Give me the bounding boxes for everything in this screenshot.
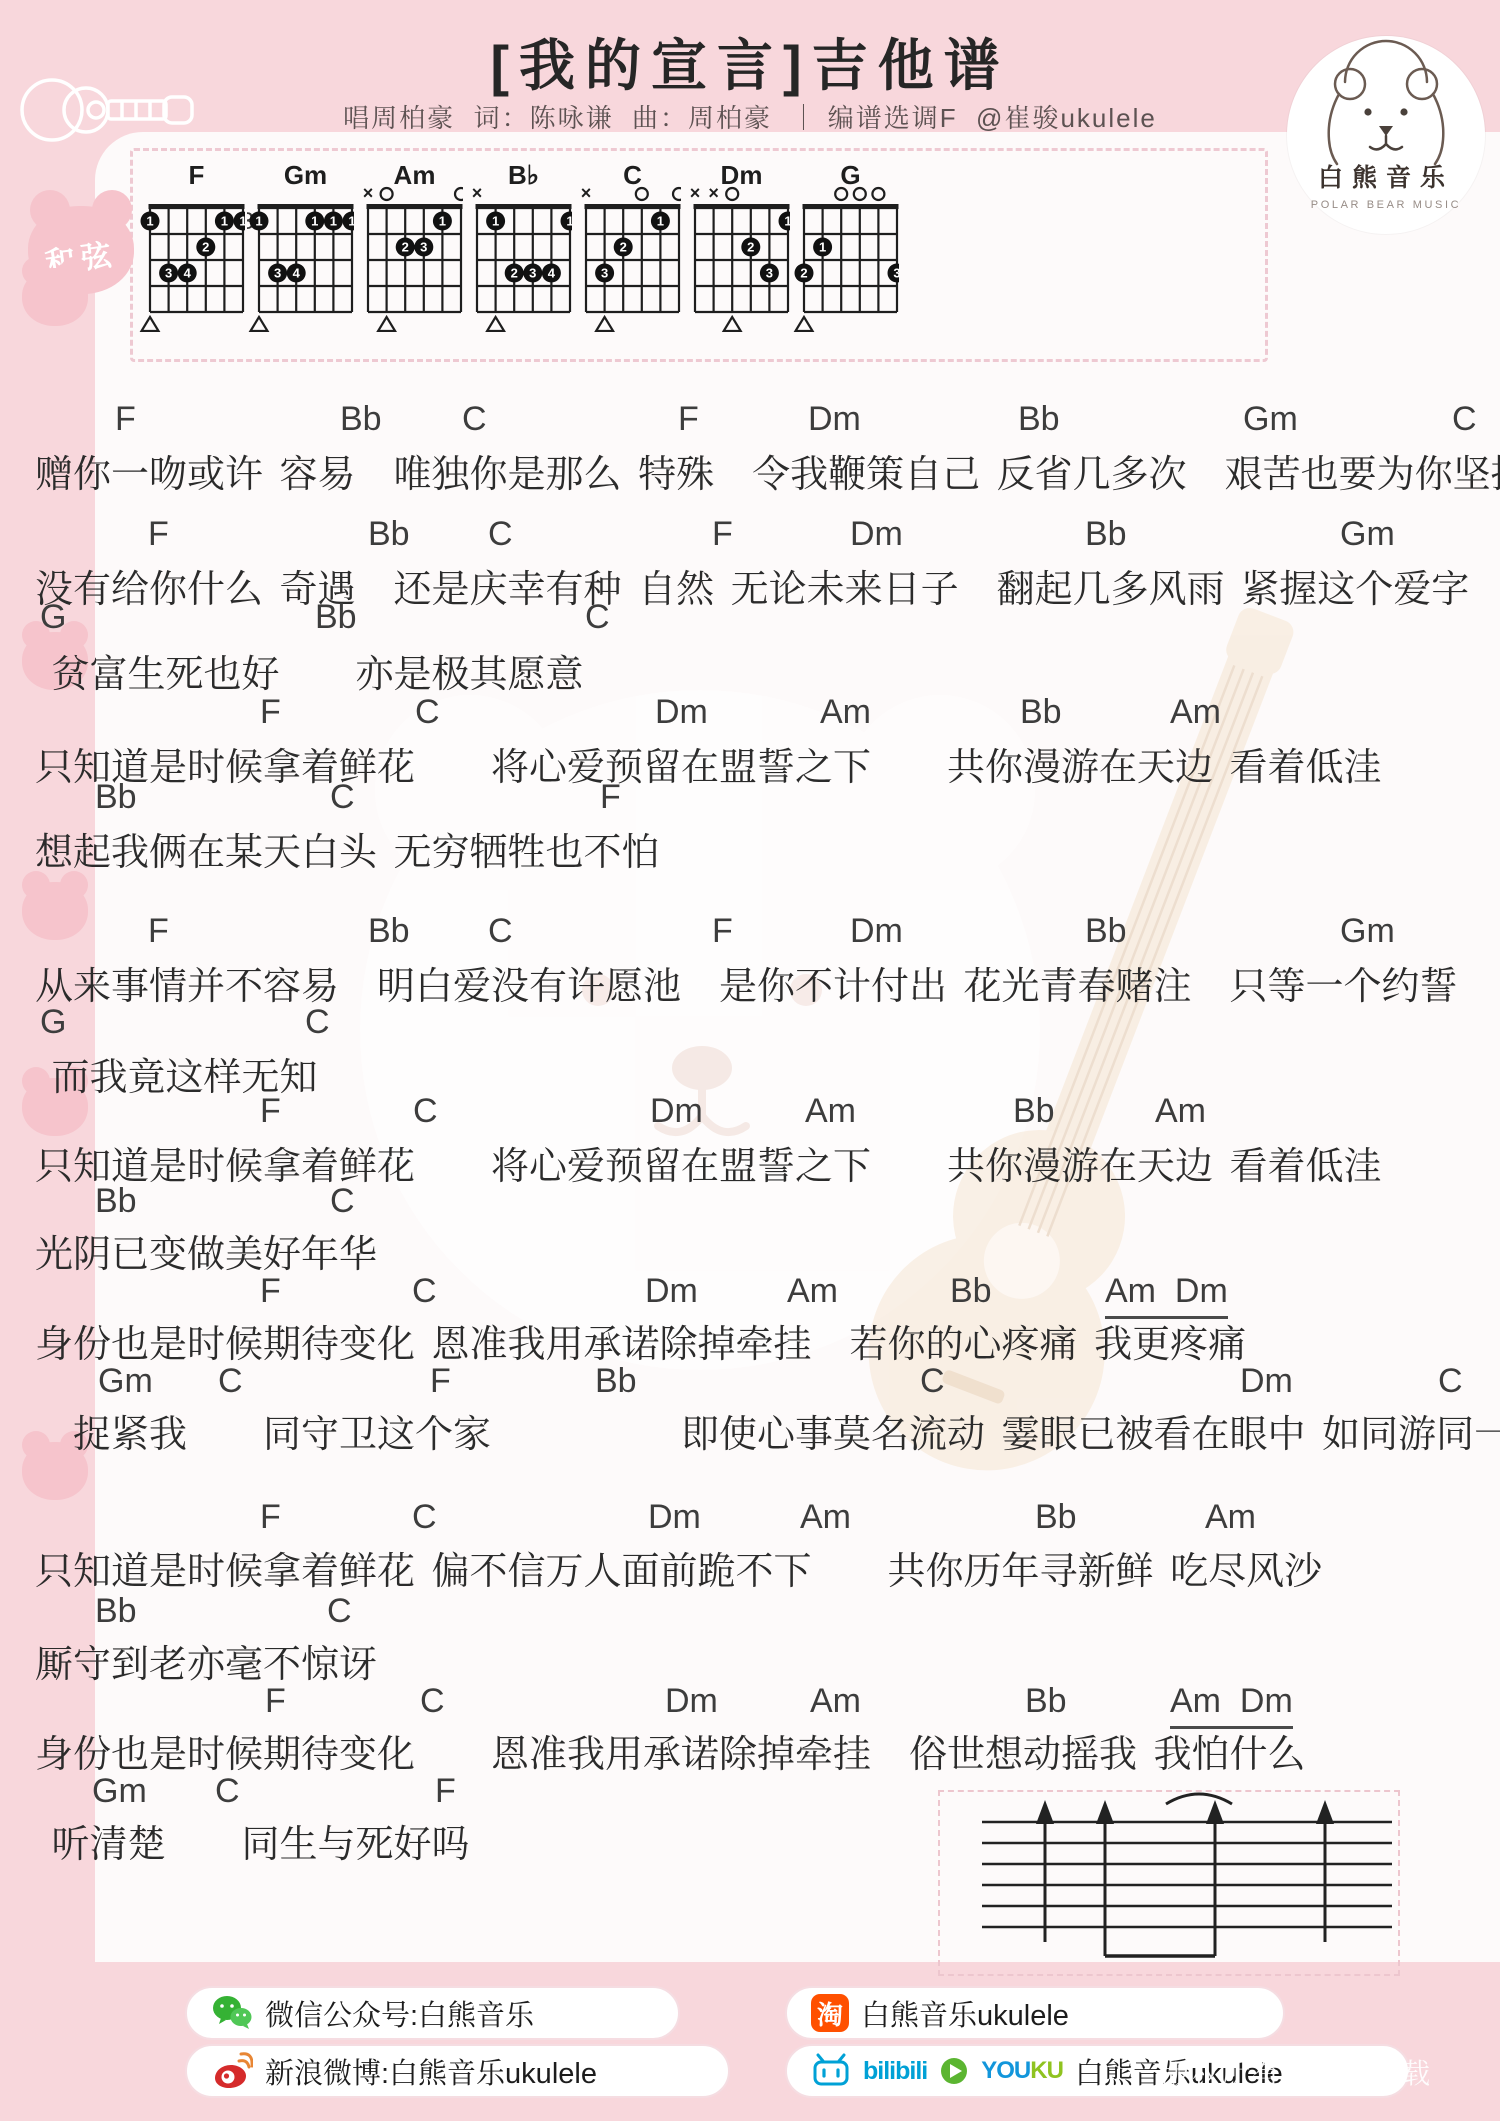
svg-text:1: 1 xyxy=(566,214,572,229)
svg-text:×: × xyxy=(708,183,719,203)
svg-text:F: F xyxy=(189,160,205,190)
weibo-badge[interactable]: 新浪微博:白熊音乐ukulele xyxy=(185,2044,730,2098)
youku-icon xyxy=(939,2056,969,2086)
svg-text:3: 3 xyxy=(165,266,172,281)
svg-text:1: 1 xyxy=(330,214,337,229)
wechat-badge-label: 微信公众号:白熊音乐 xyxy=(265,1993,534,2034)
svg-text:3: 3 xyxy=(420,240,427,255)
svg-text:3: 3 xyxy=(893,266,899,281)
svg-text:2: 2 xyxy=(800,266,807,281)
svg-text:×: × xyxy=(690,183,701,203)
svg-text:3: 3 xyxy=(766,266,773,281)
strum-pattern-figure xyxy=(940,1792,1395,1970)
bear-decoration xyxy=(22,882,88,940)
copyright-watermark: 版权所有，禁止转载 xyxy=(1162,2052,1432,2092)
bear-decoration xyxy=(22,632,88,690)
bear-decoration xyxy=(22,1442,88,1500)
svg-text:1: 1 xyxy=(439,214,446,229)
chord-diagram-Dm: Dm××123 xyxy=(683,158,790,332)
chord-diagram-B♭: B♭×11234 xyxy=(465,158,572,332)
bear-decoration xyxy=(22,268,88,326)
svg-text:×: × xyxy=(581,183,592,203)
chord-diagram-F: F111234 xyxy=(138,158,245,332)
chord-sheet-page: [我的宣言]吉他谱 唱周柏豪 词：陈咏谦 曲：周柏豪 ｜ 编谱选调F @崔骏uk… xyxy=(0,0,1500,2121)
svg-text:Dm: Dm xyxy=(721,160,763,190)
svg-text:1: 1 xyxy=(492,214,499,229)
svg-text:白熊音乐: 白熊音乐 xyxy=(1318,163,1454,192)
svg-text:1: 1 xyxy=(239,214,245,229)
svg-text:2: 2 xyxy=(402,240,409,255)
svg-text:2: 2 xyxy=(620,240,627,255)
svg-text:4: 4 xyxy=(548,266,556,281)
svg-text:1: 1 xyxy=(221,214,228,229)
chord-diagram-Am: Am×123 xyxy=(356,158,463,332)
taobao-icon: 淘 xyxy=(811,1994,849,2032)
svg-text:1: 1 xyxy=(146,214,153,229)
svg-text:1: 1 xyxy=(255,214,262,229)
svg-text:×: × xyxy=(363,183,374,203)
weibo-badge-label: 新浪微博:白熊音乐ukulele xyxy=(265,2051,597,2092)
svg-text:G: G xyxy=(840,160,860,190)
svg-text:C: C xyxy=(623,160,642,190)
chord-diagram-row: F111234Gm3111134Am×123B♭×11234C×123Dm××1… xyxy=(138,158,904,332)
svg-text:POLAR BEAR MUSIC: POLAR BEAR MUSIC xyxy=(1311,199,1461,211)
page-title: [我的宣言]吉他谱 xyxy=(0,22,1500,102)
strum-pattern-box xyxy=(938,1790,1400,1976)
weibo-icon xyxy=(211,2051,253,2091)
svg-text:2: 2 xyxy=(747,240,754,255)
svg-text:×: × xyxy=(472,183,483,203)
chord-diagram-C: C×123 xyxy=(574,158,681,332)
svg-text:Gm: Gm xyxy=(284,160,327,190)
chord-diagram-Gm: Gm3111134 xyxy=(247,158,354,332)
svg-text:1: 1 xyxy=(657,214,664,229)
polar-bear-icon: 白熊音乐 POLAR BEAR MUSIC xyxy=(1287,36,1485,234)
bilibili-icon xyxy=(811,2052,851,2090)
wechat-icon xyxy=(211,1993,253,2033)
svg-text:1: 1 xyxy=(819,240,826,255)
song-credits: 唱周柏豪 词：陈咏谦 曲：周柏豪 ｜ 编谱选调F @崔骏ukulele xyxy=(0,98,1500,135)
svg-text:2: 2 xyxy=(202,240,209,255)
svg-text:2: 2 xyxy=(511,266,518,281)
svg-text:3: 3 xyxy=(529,266,536,281)
taobao-badge-label: 白熊音乐ukulele xyxy=(861,1993,1069,2034)
svg-text:1: 1 xyxy=(311,214,318,229)
polar-bear-logo: 白熊音乐 POLAR BEAR MUSIC xyxy=(1287,36,1485,234)
svg-text:4: 4 xyxy=(293,266,301,281)
svg-text:1: 1 xyxy=(784,214,790,229)
bilibili-wordmark: bilibili xyxy=(863,2057,927,2086)
wechat-badge[interactable]: 微信公众号:白熊音乐 xyxy=(185,1986,680,2040)
svg-text:4: 4 xyxy=(184,266,192,281)
svg-text:3: 3 xyxy=(601,266,608,281)
chord-symbol: G xyxy=(40,1003,66,1042)
content-panel xyxy=(95,132,1500,1962)
svg-text:1: 1 xyxy=(348,214,354,229)
svg-text:3: 3 xyxy=(274,266,281,281)
bear-decoration xyxy=(22,1078,88,1136)
chord-diagram-G: G123 xyxy=(792,158,899,332)
taobao-badge[interactable]: 淘 白熊音乐ukulele xyxy=(785,1986,1285,2040)
youku-wordmark: YOUKU xyxy=(981,2057,1063,2085)
svg-text:Am: Am xyxy=(394,160,436,190)
svg-text:B♭: B♭ xyxy=(508,160,539,190)
